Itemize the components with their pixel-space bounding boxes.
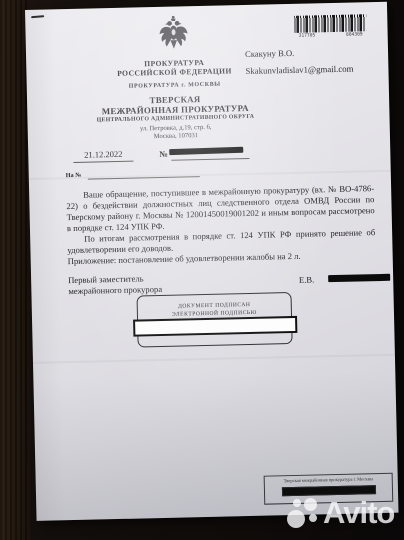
recipient-block: 317705 884309 Скакуну В.О. Skakunvladisl… — [244, 14, 385, 76]
signer-initials: Е.В. — [299, 275, 315, 286]
fold-crease — [33, 354, 395, 364]
photo-background: ПРОКУРАТУРА РОССИЙСКОЙ ФЕДЕРАЦИИ ПРОКУРА… — [0, 0, 404, 540]
reference-label: На № — [66, 172, 82, 179]
document-date: 21.12.2022 — [73, 149, 133, 163]
reference-row: На № — [66, 168, 266, 180]
document-page: ПРОКУРАТУРА РОССИЙСКОЙ ФЕДЕРАЦИИ ПРОКУРА… — [25, 2, 399, 521]
redaction-bar — [169, 147, 243, 155]
reference-blank-line — [88, 176, 200, 180]
signature-block: Первый заместитель межрайонного прокурор… — [68, 268, 392, 296]
letter-body: Ваше обращение, поступившее в межрайонну… — [66, 183, 376, 267]
barcode — [294, 14, 366, 33]
outgoing-meta-row: 21.12.2022 № — [73, 145, 288, 166]
pen-mark — [31, 15, 44, 18]
wood-table-surface — [0, 0, 30, 540]
recipient-name: Скакуну В.О. — [245, 46, 385, 59]
avito-wordmark: Avito — [323, 495, 394, 531]
number-label: № — [159, 149, 168, 159]
coat-of-arms-icon — [158, 14, 189, 58]
number-blank-line — [171, 158, 249, 161]
registration-stamp-text: Тверская межрайонная прокуратура г. Моск… — [267, 477, 389, 485]
body-paragraph-1: Ваше обращение, поступившее в межрайонну… — [66, 183, 375, 234]
electronic-signature-stamp: ДОКУМЕНТ ПОДПИСАН ЭЛЕКТРОННОЙ ПОДПИСЬЮ — [137, 292, 293, 348]
avito-logo-icon — [287, 496, 320, 531]
recipient-email: Skakunvladislav1@gmail.com — [245, 63, 385, 76]
org-city: ПРОКУРАТУРА г. МОСКВЫ — [55, 80, 295, 91]
redaction-box — [133, 316, 297, 337]
barcode-number-left: 317705 — [299, 33, 316, 38]
barcode-number-right: 884309 — [346, 32, 363, 37]
avito-watermark: Avito — [287, 495, 394, 531]
